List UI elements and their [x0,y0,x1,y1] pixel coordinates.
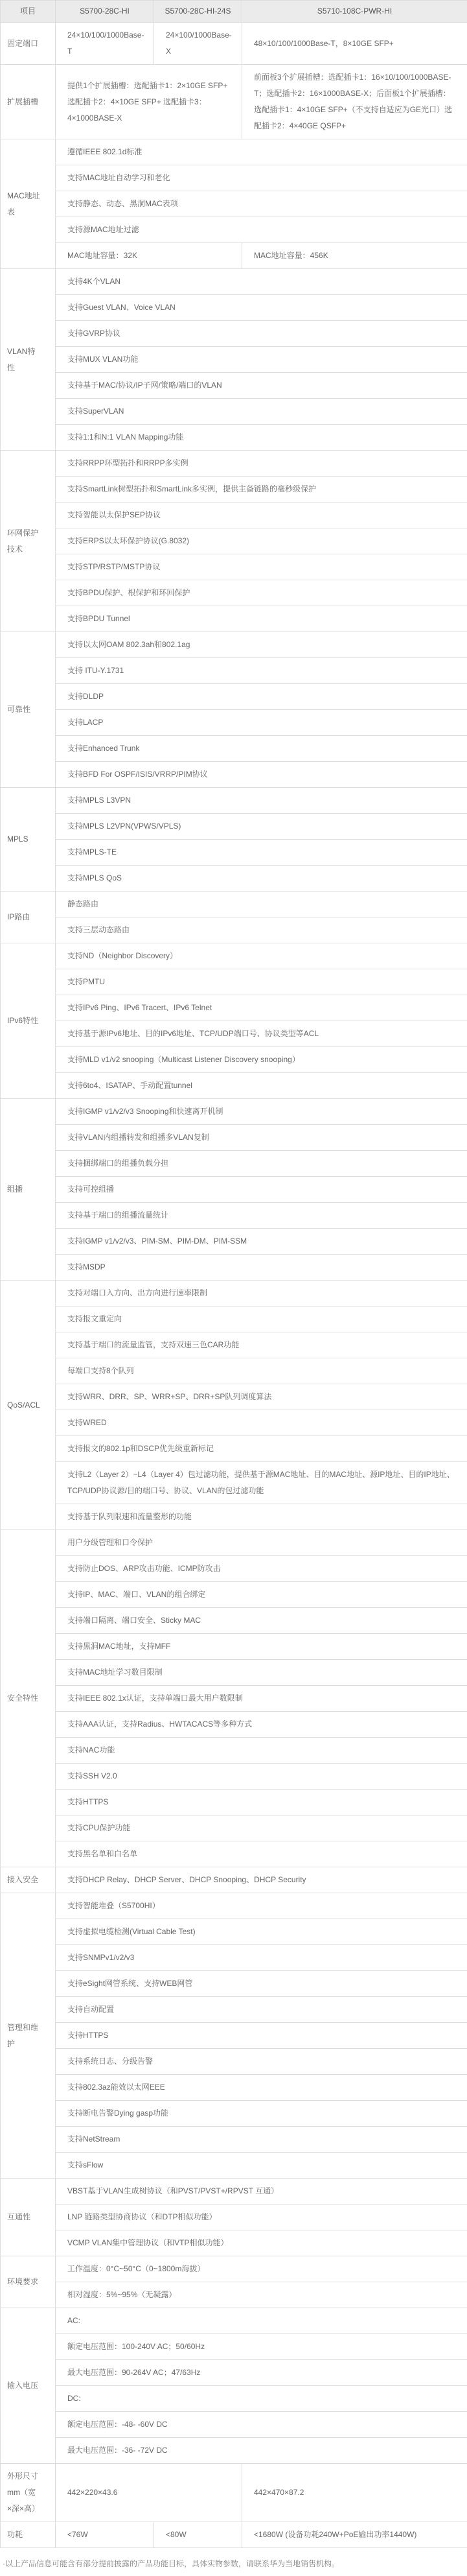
spec-row: 支持MAC地址学习数目限制 [1,1660,467,1686]
spec-row: 支持Enhanced Trunk [1,736,467,762]
spec-cell: 48×10/100/1000Base-T，8×10GE SFP+ [242,23,467,65]
spec-cell: 支持NAC功能 [56,1738,467,1764]
spec-cell: 支持虚拟电缆检测(Virtual Cable Test) [56,1919,467,1945]
spec-row: 支持BPDU Tunnel [1,606,467,632]
section-label: MPLS [1,788,56,892]
spec-cell: 支持报文的802.1p和DSCP优先级重新标记 [56,1436,467,1462]
section-label: 固定端口 [1,23,56,65]
spec-row: 支持HTTPS [1,1790,467,1815]
spec-cell: 支持MPLS QoS [56,866,467,892]
spec-cell: 支持MLD v1/v2 snooping（Multicast Listener … [56,1047,467,1073]
spec-row: 每端口支持8个队列 [1,1358,467,1384]
spec-row: 支持基于端口的组播流量统计 [1,1203,467,1229]
spec-cell: 支持MPLS L3VPN [56,788,467,814]
spec-row: 支持黑洞MAC地址，支持MFF [1,1634,467,1660]
spec-row: 固定端口24×10/100/1000Base-T24×100/1000Base-… [1,23,467,65]
spec-row: 支持IP、MAC、端口、VLAN的组合绑定 [1,1582,467,1608]
spec-cell: 支持WRR、DRR、SP、WRR+SP、DRR+SP队列调度算法 [56,1384,467,1410]
spec-cell: 24×100/1000Base-X [154,23,242,65]
spec-row: 支持IPv6 Ping、IPv6 Tracert、IPv6 Telnet [1,995,467,1021]
spec-row: 支持eSight网管系统、支持WEB网管 [1,1971,467,1997]
spec-row: IPv6特性支持ND（Neighbor Discovery） [1,943,467,969]
spec-row: 支持基于队列限速和流量整形的功能 [1,1504,467,1530]
spec-cell: 支持ND（Neighbor Discovery） [56,943,467,969]
spec-cell: 额定电压范围：100-240V AC；50/60Hz [56,2334,467,2360]
spec-row: 支持MPLS QoS [1,866,467,892]
section-label: MAC地址 表 [1,139,56,269]
spec-cell: 支持源MAC地址过滤 [56,217,467,243]
spec-cell: 支持MUX VLAN功能 [56,347,467,373]
spec-cell: 支持L2（Layer 2）~L4（Layer 4）包过滤功能，提供基于源MAC地… [56,1462,467,1504]
section-label: 可靠性 [1,632,56,788]
spec-row: 互通性VBST基于VLAN生成树协议（和PVST/PVST+/RPVST 互通） [1,2179,467,2204]
spec-cell: MAC地址容量：32K [56,243,242,269]
spec-row: 支持VLAN内组播转发和组播多VLAN复制 [1,1125,467,1151]
spec-cell: 支持报文重定向 [56,1306,467,1332]
spec-row: 支持MLD v1/v2 snooping（Multicast Listener … [1,1047,467,1073]
spec-cell: 支持MAC地址自动学习和老化 [56,165,467,191]
spec-cell: 支持ERPS以太环保护协议(G.8032) [56,528,467,554]
spec-cell: 支持IEEE 802.1x认证，支持单端口最大用户数限制 [56,1686,467,1712]
spec-row: 支持GVRP协议 [1,321,467,347]
disclaimer-note: ·以上产品信息可能含有部分提前披露的产品功能目标，具体实物参数，请联系华为当地销… [0,2548,467,2576]
spec-row: 支持WRED [1,1410,467,1436]
spec-cell: 工作温度：0°C~50°C（0~1800m海拔） [56,2256,467,2282]
spec-row: 外形尺寸 mm（宽 ×深×高）442×220×43.6442×470×87.2 [1,2464,467,2522]
spec-cell: 支持6to4、ISATAP、手动配置tunnel [56,1073,467,1099]
section-label: VLAN特 性 [1,269,56,451]
spec-row: 额定电压范围：100-240V AC；50/60Hz [1,2334,467,2360]
spec-cell: 支持基于端口的流量监管，支持双速三色CAR功能 [56,1332,467,1358]
spec-cell: <1680W (设备功耗240W+PoE输出功率1440W) [242,2522,467,2548]
spec-row: 功耗<76W<80W<1680W (设备功耗240W+PoE输出功率1440W) [1,2522,467,2548]
spec-row: LNP 链路类型协商协议（和DTP相似功能） [1,2204,467,2230]
section-label: 管理和维 护 [1,1893,56,2179]
header-cell-3: S5710-108C-PWR-HI [242,1,467,23]
spec-cell: 支持NetStream [56,2127,467,2153]
spec-row: 支持DLDP [1,684,467,710]
spec-row: 支持智能以太保护SEP协议 [1,502,467,528]
header-cell-1: S5700-28C-HI [56,1,154,23]
spec-cell: 支持BFD For OSPF/ISIS/VRRP/PIM协议 [56,762,467,788]
spec-table-header: 项目S5700-28C-HIS5700-28C-HI-24SS5710-108C… [1,1,467,23]
spec-table-body: 固定端口24×10/100/1000Base-T24×100/1000Base-… [1,23,467,2548]
spec-row: 支持可控组播 [1,1177,467,1203]
spec-cell: <76W [56,2522,154,2548]
spec-row: 额定电压范围：-48- -60V DC [1,2412,467,2438]
spec-cell: 每端口支持8个队列 [56,1358,467,1384]
spec-row: 支持6to4、ISATAP、手动配置tunnel [1,1073,467,1099]
spec-cell: 支持Guest VLAN、Voice VLAN [56,295,467,321]
spec-cell: 支持黑名单和白名单 [56,1841,467,1867]
section-label: 环网保护 技术 [1,451,56,632]
spec-cell: 静态路由 [56,892,467,917]
spec-cell: 支持智能堆叠（S5700HI） [56,1893,467,1919]
spec-cell: 支持对端口入方向、出方向进行速率限制 [56,1281,467,1306]
spec-row: 支持端口隔离、端口安全、Sticky MAC [1,1608,467,1634]
spec-cell: 支持IGMP v1/v2/v3 Snooping和快速离开机制 [56,1099,467,1125]
spec-row: 支持自动配置 [1,1997,467,2023]
spec-cell: 支持IP、MAC、端口、VLAN的组合绑定 [56,1582,467,1608]
spec-row: 支持IEEE 802.1x认证，支持单端口最大用户数限制 [1,1686,467,1712]
spec-cell: 442×470×87.2 [242,2464,467,2522]
spec-row: 组播支持IGMP v1/v2/v3 Snooping和快速离开机制 [1,1099,467,1125]
spec-row: 支持捆绑端口的组播负载分担 [1,1151,467,1177]
spec-row: MAC地址容量：32KMAC地址容量：456K [1,243,467,269]
spec-row: MAC地址 表遵循IEEE 802.1d标准 [1,139,467,165]
spec-row: 支持PMTU [1,969,467,995]
header-cell-0: 项目 [1,1,56,23]
spec-cell: 支持802.3az能效以太网EEE [56,2075,467,2101]
section-label: 外形尺寸 mm（宽 ×深×高） [1,2464,56,2522]
spec-cell: 支持MSDP [56,1255,467,1281]
spec-cell: 支持sFlow [56,2153,467,2179]
spec-row: 输入电压AC: [1,2308,467,2334]
spec-row: 管理和维 护支持智能堆叠（S5700HI） [1,1893,467,1919]
spec-row: 支持静态、动态、黑洞MAC表项 [1,191,467,217]
spec-row: 最大电压范围：90-264V AC；47/63Hz [1,2360,467,2386]
spec-row: 支持NAC功能 [1,1738,467,1764]
spec-cell: 支持GVRP协议 [56,321,467,347]
spec-cell: 支持IPv6 Ping、IPv6 Tracert、IPv6 Telnet [56,995,467,1021]
spec-row: 支持基于端口的流量监管，支持双速三色CAR功能 [1,1332,467,1358]
spec-row: QoS/ACL支持对端口入方向、出方向进行速率限制 [1,1281,467,1306]
spec-cell: 支持HTTPS [56,1790,467,1815]
spec-cell: 前面板3个扩展插槽：选配插卡1：16×10/100/1000BASE-T；选配插… [242,65,467,139]
section-label: 输入电压 [1,2308,56,2464]
spec-cell: 442×220×43.6 [56,2464,242,2522]
header-row: 项目S5700-28C-HIS5700-28C-HI-24SS5710-108C… [1,1,467,23]
spec-cell: 支持系统日志、分级告警 [56,2049,467,2075]
spec-cell: 支持捆绑端口的组播负载分担 [56,1151,467,1177]
section-label: 互通性 [1,2179,56,2256]
spec-cell: DC: [56,2386,467,2412]
spec-cell: 支持可控组播 [56,1177,467,1203]
spec-row: 支持SuperVLAN [1,399,467,425]
spec-cell: 遵循IEEE 802.1d标准 [56,139,467,165]
spec-cell: 支持智能以太保护SEP协议 [56,502,467,528]
spec-row: 支持 ITU-Y.1731 [1,658,467,684]
spec-cell: 支持黑洞MAC地址，支持MFF [56,1634,467,1660]
spec-cell: 支持基于队列限速和流量整形的功能 [56,1504,467,1530]
spec-row: 环境要求工作温度：0°C~50°C（0~1800m海拔） [1,2256,467,2282]
spec-cell: LNP 链路类型协商协议（和DTP相似功能） [56,2204,467,2230]
spec-row: 支持AAA认证，支持Radius、HWTACACS等多种方式 [1,1712,467,1738]
spec-cell: 24×10/100/1000Base-T [56,23,154,65]
spec-row: 支持报文的802.1p和DSCP优先级重新标记 [1,1436,467,1462]
spec-cell: 支持AAA认证，支持Radius、HWTACACS等多种方式 [56,1712,467,1738]
spec-cell: 支持基于源IPv6地址、目的IPv6地址、TCP/UDP端口号、协议类型等ACL [56,1021,467,1047]
spec-row: 支持系统日志、分级告警 [1,2049,467,2075]
spec-row: 接入安全支持DHCP Relay、DHCP Server、DHCP Snoopi… [1,1867,467,1893]
spec-cell: 支持PMTU [56,969,467,995]
spec-row: 支持BPDU保护、根保护和环回保护 [1,580,467,606]
spec-cell: 支持三层动态路由 [56,917,467,943]
spec-row: 支持BFD For OSPF/ISIS/VRRP/PIM协议 [1,762,467,788]
spec-row: 支持ERPS以太环保护协议(G.8032) [1,528,467,554]
spec-row: 支持MSDP [1,1255,467,1281]
spec-row: 支持STP/RSTP/MSTP协议 [1,554,467,580]
spec-cell: 支持Enhanced Trunk [56,736,467,762]
section-label: 功耗 [1,2522,56,2548]
spec-cell: 支持VLAN内组播转发和组播多VLAN复制 [56,1125,467,1151]
spec-row: VCMP VLAN集中管理协议（和VTP相似功能） [1,2230,467,2256]
spec-row: 支持WRR、DRR、SP、WRR+SP、DRR+SP队列调度算法 [1,1384,467,1410]
spec-row: 支持基于源IPv6地址、目的IPv6地址、TCP/UDP端口号、协议类型等ACL [1,1021,467,1047]
spec-row: 支持NetStream [1,2127,467,2153]
spec-row: 支持黑名单和白名单 [1,1841,467,1867]
spec-cell: 支持STP/RSTP/MSTP协议 [56,554,467,580]
spec-row: 最大电压范围：-36- -72V DC [1,2438,467,2464]
spec-cell: 支持BPDU保护、根保护和环回保护 [56,580,467,606]
section-label: 环境要求 [1,2256,56,2308]
spec-cell: 支持基于端口的组播流量统计 [56,1203,467,1229]
spec-cell: 支持MPLS L2VPN(VPWS/VPLS) [56,814,467,840]
spec-cell: 支持以太网OAM 802.3ah和802.1ag [56,632,467,658]
spec-cell: 支持SNMPv1/v2/v3 [56,1945,467,1971]
spec-cell: 支持HTTPS [56,2023,467,2049]
spec-cell: 支持1:1和N:1 VLAN Mapping功能 [56,425,467,451]
spec-cell: 支持IGMP v1/v2/v3、PIM-SM、PIM-DM、PIM-SSM [56,1229,467,1255]
spec-cell: 支持4K个VLAN [56,269,467,295]
spec-cell: 支持断电告警Dying gasp功能 [56,2101,467,2127]
spec-cell: 支持 ITU-Y.1731 [56,658,467,684]
spec-cell: 提供1个扩展插槽：选配插卡1：2×10GE SFP+ 选配插卡2：4×10GE … [56,65,242,139]
spec-row: 支持SmartLink树型拓扑和SmartLink多实例，提供主备链路的毫秒级保… [1,477,467,502]
spec-row: 支持基于MAC/协议/IP子网/策略/端口的VLAN [1,373,467,399]
spec-row: 支持防止DOS、ARP攻击功能、ICMP防攻击 [1,1556,467,1582]
spec-row: 支持MPLS L2VPN(VPWS/VPLS) [1,814,467,840]
spec-cell: 支持端口隔离、端口安全、Sticky MAC [56,1608,467,1634]
spec-cell: 支持MAC地址学习数目限制 [56,1660,467,1686]
spec-row: 支持802.3az能效以太网EEE [1,2075,467,2101]
spec-row: 支持HTTPS [1,2023,467,2049]
spec-cell: 支持LACP [56,710,467,736]
spec-row: 支持Guest VLAN、Voice VLAN [1,295,467,321]
spec-row: 支持源MAC地址过滤 [1,217,467,243]
spec-cell: 支持DLDP [56,684,467,710]
spec-row: 支持虚拟电缆检测(Virtual Cable Test) [1,1919,467,1945]
spec-cell: 支持SmartLink树型拓扑和SmartLink多实例，提供主备链路的毫秒级保… [56,477,467,502]
spec-cell: 相对湿度：5%~95%（无凝露） [56,2282,467,2308]
spec-row: 支持MAC地址自动学习和老化 [1,165,467,191]
spec-cell: AC: [56,2308,467,2334]
spec-row: 支持MPLS-TE [1,840,467,866]
section-label: 安全特性 [1,1530,56,1867]
spec-row: 支持MUX VLAN功能 [1,347,467,373]
section-label: IP路由 [1,892,56,943]
spec-row: DC: [1,2386,467,2412]
spec-cell: MAC地址容量：456K [242,243,467,269]
spec-cell: 支持自动配置 [56,1997,467,2023]
spec-cell: 支持防止DOS、ARP攻击功能、ICMP防攻击 [56,1556,467,1582]
spec-row: 支持CPU保护功能 [1,1815,467,1841]
spec-cell: 用户分级管理和口令保护 [56,1530,467,1556]
spec-cell: 支持eSight网管系统、支持WEB网管 [56,1971,467,1997]
spec-cell: 支持静态、动态、黑洞MAC表项 [56,191,467,217]
spec-cell: 最大电压范围：-36- -72V DC [56,2438,467,2464]
spec-row: 支持SNMPv1/v2/v3 [1,1945,467,1971]
spec-row: 支持LACP [1,710,467,736]
section-label: 接入安全 [1,1867,56,1893]
spec-row: 支持L2（Layer 2）~L4（Layer 4）包过滤功能，提供基于源MAC地… [1,1462,467,1504]
spec-row: 支持1:1和N:1 VLAN Mapping功能 [1,425,467,451]
spec-cell: 支持SSH V2.0 [56,1764,467,1790]
spec-cell: 支持WRED [56,1410,467,1436]
spec-cell: 最大电压范围：90-264V AC；47/63Hz [56,2360,467,2386]
spec-cell: 支持SuperVLAN [56,399,467,425]
spec-cell: 支持基于MAC/协议/IP子网/策略/端口的VLAN [56,373,467,399]
spec-row: 相对湿度：5%~95%（无凝露） [1,2282,467,2308]
spec-row: 安全特性用户分级管理和口令保护 [1,1530,467,1556]
spec-row: VLAN特 性支持4K个VLAN [1,269,467,295]
spec-cell: 支持RRPP环型拓扑和RRPP多实例 [56,451,467,477]
spec-cell: 支持CPU保护功能 [56,1815,467,1841]
section-label: 扩展插槽 [1,65,56,139]
spec-row: 支持IGMP v1/v2/v3、PIM-SM、PIM-DM、PIM-SSM [1,1229,467,1255]
section-label: 组播 [1,1099,56,1281]
spec-cell: 支持DHCP Relay、DHCP Server、DHCP Snooping、D… [56,1867,467,1893]
header-cell-2: S5700-28C-HI-24S [154,1,242,23]
spec-row: 支持sFlow [1,2153,467,2179]
spec-cell: VBST基于VLAN生成树协议（和PVST/PVST+/RPVST 互通） [56,2179,467,2204]
spec-row: 支持断电告警Dying gasp功能 [1,2101,467,2127]
spec-row: 支持SSH V2.0 [1,1764,467,1790]
spec-row: MPLS支持MPLS L3VPN [1,788,467,814]
spec-cell: 支持MPLS-TE [56,840,467,866]
spec-cell: 额定电压范围：-48- -60V DC [56,2412,467,2438]
section-label: IPv6特性 [1,943,56,1099]
spec-row: 支持报文重定向 [1,1306,467,1332]
spec-cell: VCMP VLAN集中管理协议（和VTP相似功能） [56,2230,467,2256]
section-label: QoS/ACL [1,1281,56,1530]
spec-row: 可靠性支持以太网OAM 802.3ah和802.1ag [1,632,467,658]
spec-row: 环网保护 技术支持RRPP环型拓扑和RRPP多实例 [1,451,467,477]
spec-row: 扩展插槽提供1个扩展插槽：选配插卡1：2×10GE SFP+ 选配插卡2：4×1… [1,65,467,139]
spec-row: IP路由静态路由 [1,892,467,917]
spec-cell: <80W [154,2522,242,2548]
spec-table: 项目S5700-28C-HIS5700-28C-HI-24SS5710-108C… [0,0,467,2548]
spec-row: 支持三层动态路由 [1,917,467,943]
spec-cell: 支持BPDU Tunnel [56,606,467,632]
